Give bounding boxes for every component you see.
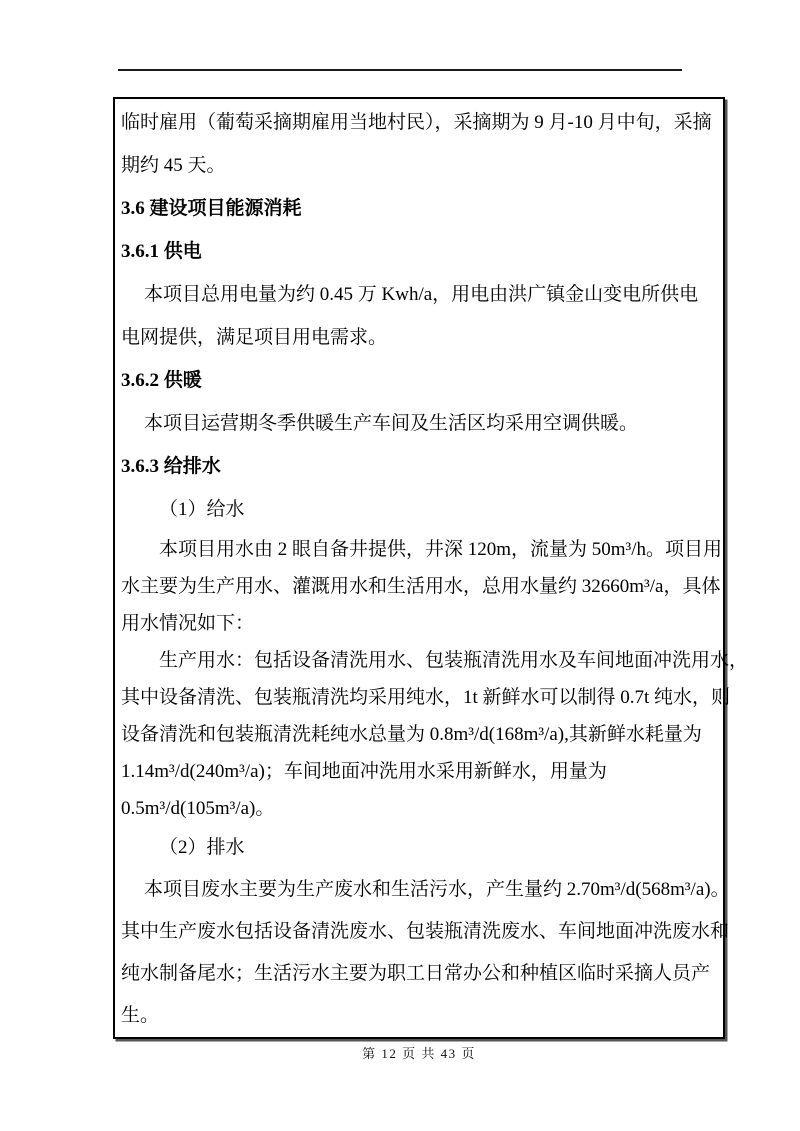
- section-heading-water-supply-drainage: 3.6.3 给排水: [121, 445, 717, 488]
- page-number-footer: 第 12 页 共 43 页: [113, 1043, 725, 1062]
- text-line: 生产用水：包括设备清洗用水、包装瓶清洗用水及车间地面冲洗用水，: [121, 642, 717, 679]
- section-energy: 临时雇用（葡萄采摘期雇用当地村民），采摘期为 9 月-10 月中旬，采摘 期约 …: [121, 101, 717, 531]
- section-heading-energy-consumption: 3.6 建设项目能源消耗: [121, 187, 717, 230]
- text-line: 0.5m³/d(105m³/a)。: [121, 790, 717, 827]
- subsection-label-drainage: （2）排水: [121, 827, 717, 869]
- document-body: 临时雇用（葡萄采摘期雇用当地村民），采摘期为 9 月-10 月中旬，采摘 期约 …: [115, 99, 723, 1037]
- subsection-label-water-supply: （1）给水: [121, 488, 717, 531]
- text-line: 本项目用水由 2 眼自备井提供，井深 120m，流量为 50m³/h。项目用: [121, 531, 717, 568]
- text-line: 1.14m³/d(240m³/a)；车间地面冲洗用水采用新鲜水，用量为: [121, 753, 717, 790]
- text-line: 本项目运营期冬季供暖生产车间及生活区均采用空调供暖。: [121, 402, 717, 445]
- text-line: 用水情况如下：: [121, 605, 717, 642]
- document-content-frame: 临时雇用（葡萄采摘期雇用当地村民），采摘期为 9 月-10 月中旬，采摘 期约 …: [113, 97, 725, 1039]
- section-heading-power-supply: 3.6.1 供电: [121, 230, 717, 273]
- text-line: 其中生产废水包括设备清洗废水、包装瓶清洗废水、车间地面冲洗废水和: [121, 911, 717, 953]
- text-line: 生。: [121, 995, 717, 1037]
- section-drainage-detail: （2）排水 本项目废水主要为生产废水和生活污水，产生量约 2.70m³/d(56…: [121, 827, 717, 1037]
- text-line: 其中设备清洗、包装瓶清洗均采用纯水，1t 新鲜水可以制得 0.7t 纯水，则: [121, 679, 717, 716]
- text-line: 设备清洗和包装瓶清洗耗纯水总量为 0.8m³/d(168m³/a),其新鲜水耗量…: [121, 716, 717, 753]
- text-line: 期约 45 天。: [121, 144, 717, 187]
- text-line: 电网提供，满足项目用电需求。: [121, 316, 717, 359]
- text-line: 本项目总用电量为约 0.45 万 Kwh/a，用电由洪广镇金山变电所供电: [121, 273, 717, 316]
- text-line: 纯水制备尾水；生活污水主要为职工日常办公和种植区临时采摘人员产: [121, 953, 717, 995]
- text-line: 临时雇用（葡萄采摘期雇用当地村民），采摘期为 9 月-10 月中旬，采摘: [121, 101, 717, 144]
- text-line: 水主要为生产用水、灌溉用水和生活用水，总用水量约 32660m³/a，具体: [121, 568, 717, 605]
- page-header-rule: [118, 69, 682, 71]
- section-heading-heating: 3.6.2 供暖: [121, 359, 717, 402]
- text-line: 本项目废水主要为生产废水和生活污水，产生量约 2.70m³/d(568m³/a)…: [121, 869, 717, 911]
- section-water-supply-detail: 本项目用水由 2 眼自备井提供，井深 120m，流量为 50m³/h。项目用 水…: [121, 531, 717, 827]
